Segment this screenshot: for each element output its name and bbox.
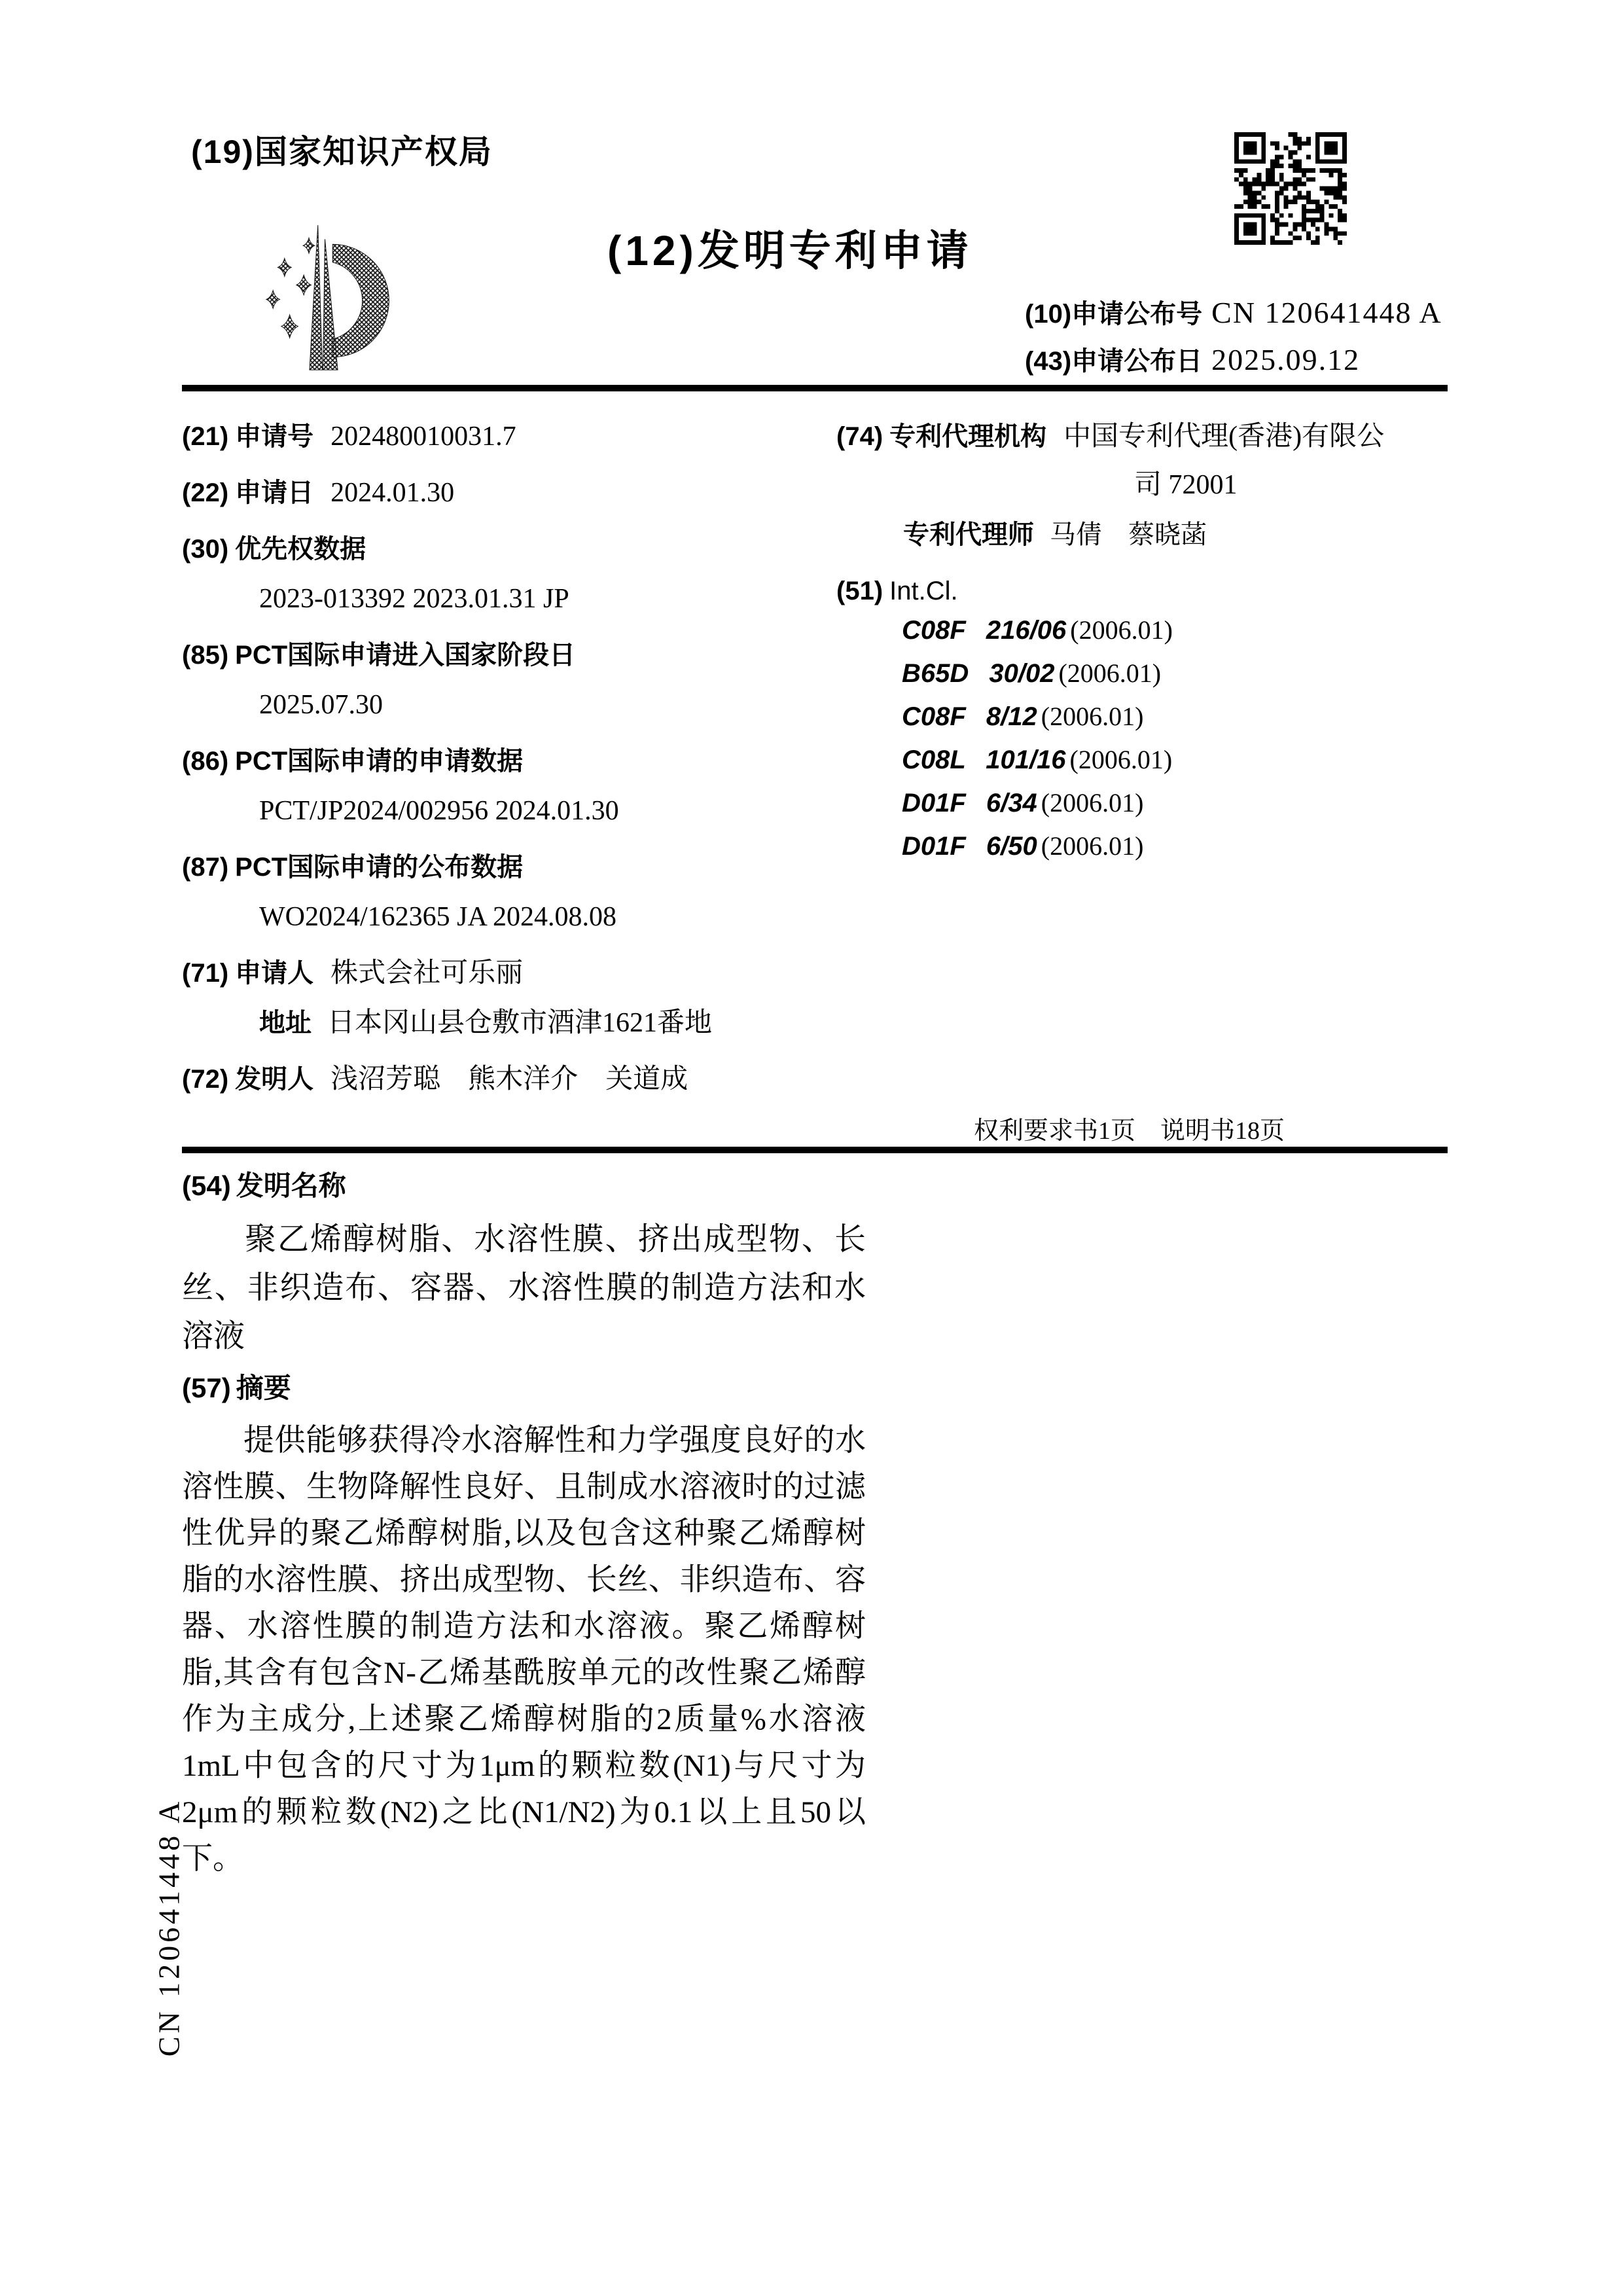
title-abstract-section: (54)发明名称 聚乙烯醇树脂、水溶性膜、挤出成型物、长丝、非织造布、容器、水溶… — [182, 1168, 866, 1882]
field-intcl: (51)Int.Cl. C08F 216/06(2006.01) B65D 30… — [836, 573, 1448, 868]
field-value: 2024.01.30 — [330, 478, 454, 508]
intcl-code: B65D 30/02 — [902, 659, 1054, 688]
address-label: 地址 — [259, 1009, 312, 1037]
field-label: 申请日 — [235, 478, 313, 507]
field-pct-publication-data: (87)PCT国际申请的公布数据 WO2024/162365 JA 2024.0… — [182, 850, 836, 935]
intcl-code: C08F 8/12 — [902, 702, 1037, 731]
field-num: (85) — [182, 641, 228, 670]
agency-name-part2: 司 72001 — [836, 467, 1448, 503]
intcl-version: (2006.01) — [1070, 615, 1173, 645]
field-label: 申请人 — [235, 959, 313, 988]
field-num: (87) — [182, 853, 228, 882]
field-label: 申请号 — [235, 422, 313, 451]
field-inventors: (72)发明人浅沼芳聪 熊木洋介 关道成 — [182, 1062, 836, 1097]
intcl-code: C08F 216/06 — [902, 616, 1066, 645]
invention-title-header: (54)发明名称 — [182, 1168, 866, 1205]
field-pct-application-data: (86)PCT国际申请的申请数据 PCT/JP2024/002956 2024.… — [182, 744, 836, 829]
horizontal-rule-top — [182, 385, 1448, 391]
field-num: (51) — [836, 577, 883, 605]
intcl-version: (2006.01) — [1041, 788, 1144, 817]
field-value-line: 2023-013392 2023.01.31 JP — [182, 581, 836, 617]
abstract-header: (57)摘要 — [182, 1370, 866, 1407]
field-num: (30) — [182, 535, 228, 564]
field-label: 优先权数据 — [235, 535, 366, 564]
publication-date-value: 2025.09.12 — [1211, 343, 1360, 376]
intcl-version: (2006.01) — [1041, 831, 1144, 861]
publication-date-label: (43)申请公布日 — [1025, 347, 1202, 376]
applicant-address-line: 地址日本冈山县仓敷市酒津1621番地 — [182, 1005, 836, 1041]
field-num: (22) — [182, 478, 228, 507]
address-value: 日本冈山县仓敷市酒津1621番地 — [327, 1008, 712, 1038]
intcl-entry: D01F 6/50(2006.01) — [836, 825, 1448, 868]
left-column: (21)申请号202480010031.7 (22)申请日2024.01.30 … — [182, 419, 836, 1118]
bibliographic-columns: (21)申请号202480010031.7 (22)申请日2024.01.30 … — [182, 419, 1448, 1118]
field-label: PCT国际申请进入国家阶段日 — [235, 641, 575, 670]
intcl-code: D01F 6/50 — [902, 832, 1037, 861]
field-application-date: (22)申请日2024.01.30 — [182, 475, 836, 511]
field-num: (71) — [182, 959, 228, 988]
section-label: 发明名称 — [236, 1170, 346, 1201]
intcl-version: (2006.01) — [1058, 658, 1161, 688]
field-value: 202480010031.7 — [330, 422, 516, 452]
publication-block: (10)申请公布号CN 120641448 A (43)申请公布日2025.09… — [1025, 296, 1442, 390]
field-num: (86) — [182, 747, 228, 776]
field-label: 专利代理机构 — [889, 422, 1046, 451]
field-label: PCT国际申请的公布数据 — [235, 853, 523, 882]
field-application-number: (21)申请号202480010031.7 — [182, 419, 836, 454]
field-num: (72) — [182, 1065, 228, 1094]
field-label: 发明人 — [235, 1065, 313, 1094]
intcl-entry: C08F 8/12(2006.01) — [836, 695, 1448, 738]
side-publication-code: CN 120641448 A — [152, 1799, 187, 2057]
section-label: 摘要 — [236, 1372, 291, 1403]
qr-code-icon — [1234, 132, 1347, 245]
patent-agent-line: 专利代理师马倩 蔡晓菡 — [836, 517, 1448, 552]
cnipa-emblem-icon — [247, 221, 401, 375]
field-patent-agency: (74)专利代理机构中国专利代理(香港)有限公 司 72001 专利代理师马倩 … — [836, 419, 1448, 552]
intcl-version: (2006.01) — [1070, 745, 1173, 774]
field-value-line: PCT/JP2024/002956 2024.01.30 — [182, 793, 836, 829]
field-label: PCT国际申请的申请数据 — [235, 747, 523, 776]
document-type-title: (12)发明专利申请 — [607, 217, 972, 278]
publication-date-line: (43)申请公布日2025.09.12 — [1025, 343, 1442, 378]
issuing-office: (19)国家知识产权局 — [191, 126, 493, 173]
field-priority-data: (30)优先权数据 2023-013392 2023.01.31 JP — [182, 531, 836, 617]
intcl-version: (2006.01) — [1041, 702, 1144, 731]
section-num: (54) — [182, 1170, 231, 1201]
section-num: (57) — [182, 1372, 231, 1403]
field-value: 株式会社可乐丽 — [330, 958, 523, 988]
publication-number-value: CN 120641448 A — [1211, 296, 1442, 329]
field-pct-national-entry-date: (85)PCT国际申请进入国家阶段日 2025.07.30 — [182, 637, 836, 723]
intcl-entry: C08L 101/16(2006.01) — [836, 738, 1448, 781]
agency-name-part1: 中国专利代理(香港)有限公 — [1063, 422, 1384, 452]
field-value-line: WO2024/162365 JA 2024.08.08 — [182, 899, 836, 935]
invention-title: 聚乙烯醇树脂、水溶性膜、挤出成型物、长丝、非织造布、容器、水溶性膜的制造方法和水… — [182, 1215, 866, 1361]
intcl-code: C08L 101/16 — [902, 745, 1066, 774]
horizontal-rule-middle — [182, 1147, 1448, 1153]
intcl-label: Int.Cl. — [889, 577, 957, 605]
field-value: 浅沼芳聪 熊木洋介 关道成 — [330, 1064, 688, 1094]
field-applicant: (71)申请人株式会社可乐丽 地址日本冈山县仓敷市酒津1621番地 — [182, 956, 836, 1041]
pages-note: 权利要求书1页 说明书18页 — [974, 1110, 1285, 1146]
intcl-entry: D01F 6/34(2006.01) — [836, 781, 1448, 825]
publication-number-line: (10)申请公布号CN 120641448 A — [1025, 296, 1442, 331]
field-num: (21) — [182, 422, 228, 451]
right-column: (74)专利代理机构中国专利代理(香港)有限公 司 72001 专利代理师马倩 … — [836, 419, 1448, 1118]
intcl-code: D01F 6/34 — [902, 789, 1037, 817]
agent-label: 专利代理师 — [903, 520, 1034, 549]
agent-names: 马倩 蔡晓菡 — [1050, 520, 1207, 549]
patent-front-page: (19)国家知识产权局 (12)发明 — [0, 0, 1623, 2296]
publication-number-label: (10)申请公布号 — [1025, 300, 1202, 329]
intcl-entry: C08F 216/06(2006.01) — [836, 609, 1448, 652]
field-value-line: 2025.07.30 — [182, 687, 836, 723]
field-num: (74) — [836, 422, 883, 451]
abstract-text: 提供能够获得冷水溶解性和力学强度良好的水溶性膜、生物降解性良好、且制成水溶液时的… — [182, 1418, 866, 1882]
intcl-entry: B65D 30/02(2006.01) — [836, 652, 1448, 695]
